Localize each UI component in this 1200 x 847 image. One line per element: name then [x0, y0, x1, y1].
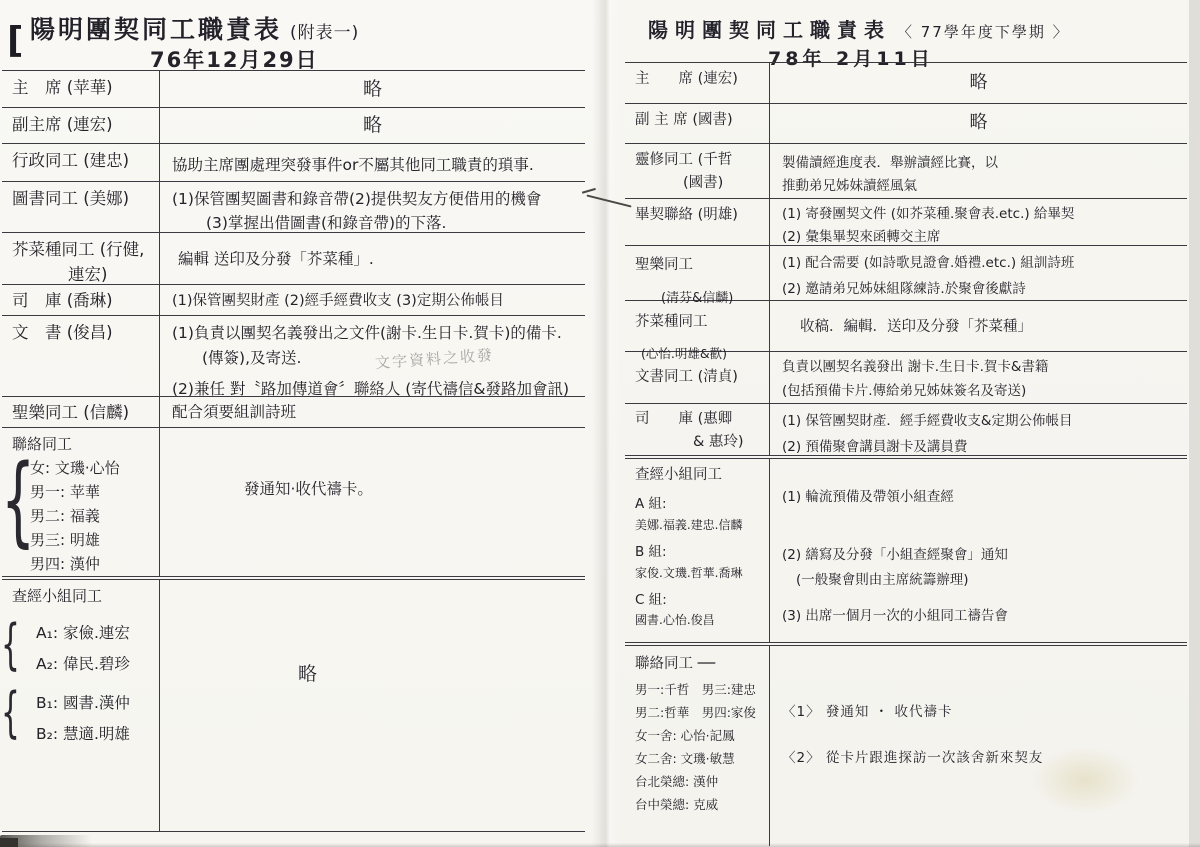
duty-cell: 〈1〉 發通知 ・ 收代禱卡 〈2〉 從卡片跟進探訪一次該舍新來契友: [770, 646, 1187, 846]
duty-text: 配合須要組訓詩班: [172, 401, 581, 424]
duty-text: 〈1〉 發通知 ・ 收代禱卡: [782, 702, 1183, 724]
table-row: 主 席 (連宏) 略: [625, 63, 1187, 104]
paper-stain: [1030, 745, 1140, 815]
table-row: { 聯絡同工 女: 文璣·心怡 男一: 苹華 男二: 福義 男三: 明雄 男四:…: [2, 428, 585, 580]
role-text: 文書同工 (清貞): [635, 366, 767, 389]
role-cell: 副主席 (連宏): [2, 108, 160, 143]
table-row: 主 席 (苹華) 略: [2, 71, 585, 108]
role-text: 女二舍: 文璣·敏慧: [635, 747, 767, 770]
table-row: 靈修同工 (千哲 (國書) 製備讀經進度表．舉辦讀經比賽，以 推動弟兄姊妹讀經風…: [625, 144, 1187, 199]
role-text: 聖樂同工 (信麟): [12, 401, 157, 426]
page-fold-crease: [592, 0, 622, 847]
role-text: 女一舍: 心怡·記鳳: [635, 724, 767, 747]
role-text: 男一:千哲 男三:建忠: [635, 678, 767, 701]
role-text: (國書): [635, 172, 767, 195]
duty-cell: 略: [160, 580, 585, 831]
left-title-note: (附表一): [290, 23, 359, 43]
role-cell: { 聯絡同工 女: 文璣·心怡 男一: 苹華 男二: 福義 男三: 明雄 男四:…: [2, 428, 160, 576]
role-cell: 行政同工 (建忠): [2, 144, 160, 181]
table-row: 司 庫 (惠卿 & 惠玲) (1) 保管團契財產．經手經費收支&定期公佈帳目 (…: [625, 404, 1187, 459]
table-row: { { 查經小組同工 A₁: 家儉.連宏 A₂: 偉民.碧珍 B₁: 國書.漢仲…: [2, 580, 585, 832]
role-text: B₁: 國書.漢仲: [12, 688, 157, 719]
role-text: 司 庫 (喬琳): [12, 289, 157, 314]
table-row: 行政同工 (建忠) 協助主席團處理突發事件or不屬其他同工職責的瑣事.: [2, 144, 585, 182]
duty-text: 略: [970, 69, 988, 98]
scan-edge-bottom: [0, 843, 1200, 847]
role-text: 芥菜種同工: [635, 311, 767, 334]
duty-text: 略: [970, 109, 988, 138]
role-text: 靈修同工 (千哲: [635, 149, 767, 172]
duty-text: 負責以團契名義發出 謝卡.生日卡.賀卡&書籍: [782, 356, 1183, 380]
role-text: 台北榮總: 漢仲: [635, 770, 767, 793]
right-duty-table: 主 席 (連宏) 略 副 主 席 (國書) 略 靈修同工 (千哲 (國書) 製備…: [625, 62, 1187, 846]
role-cell: 主 席 (連宏): [625, 63, 770, 103]
scan-smudge-dark: [0, 838, 18, 847]
right-title-text: 陽明團契同工職責表: [648, 18, 891, 42]
table-row: 聖樂同工 (信麟) 配合須要組訓詩班: [2, 397, 585, 428]
role-cell: 文書同工 (清貞): [625, 352, 770, 403]
role-text: 主 席 (連宏): [635, 68, 767, 91]
duty-cell: (1) 保管團契財產．經手經費收支&定期公佈帳目 (2) 預備聚會講員謝卡及講員…: [770, 404, 1187, 455]
role-text: B 組:: [635, 542, 767, 564]
duty-cell: (1)負責以團契名義發出之文件(謝卡.生日卡.賀卡)的備卡. (傳簽),及寄送.…: [160, 316, 585, 396]
duty-cell: 略: [770, 63, 1187, 103]
duty-cell: 收稿．編輯．送印及分發「芥菜種」: [770, 301, 1187, 351]
role-text: & 惠玲): [635, 431, 767, 454]
role-text: A 組:: [635, 494, 767, 516]
table-row: 芥菜種同工 (心怡.明雄&歡) 收稿．編輯．送印及分發「芥菜種」: [625, 301, 1187, 352]
role-text: 聖樂同工: [635, 254, 767, 277]
table-row: 文書同工 (清貞) 負責以團契名義發出 謝卡.生日卡.賀卡&書籍 (包括預備卡片…: [625, 352, 1187, 404]
role-text: B₂: 慧適.明雄: [12, 719, 157, 750]
right-page-title: 陽明團契同工職責表〈 77學年度下學期 〉: [648, 14, 1070, 43]
duty-cell: 略: [160, 71, 585, 107]
duty-cell: (1) 輪流預備及帶領小組查經 (2) 繕寫及分發「小組查經聚會」通知 (一般聚…: [770, 459, 1187, 642]
role-cell: 查經小組同工 A 組: 美娜.福義.建忠.信麟 B 組: 家俊.文璣.哲華.喬琳…: [625, 459, 770, 642]
duty-cell: 配合須要組訓詩班: [160, 397, 585, 427]
duty-cell: (1)保管團契財產 (2)經手經費收支 (3)定期公佈帳目: [160, 285, 585, 315]
left-duty-table: 主 席 (苹華) 略 副主席 (連宏) 略 行政同工 (建忠) 協助主席團處理突…: [2, 70, 585, 832]
role-text: 副主席 (連宏): [12, 113, 157, 138]
table-row: 文 書 (俊昌) (1)負責以團契名義發出之文件(謝卡.生日卡.賀卡)的備卡. …: [2, 316, 585, 397]
role-text: 連宏): [12, 263, 157, 288]
role-text: 副 主 席 (國書): [635, 109, 767, 132]
role-text: 圖書同工 (美娜): [12, 187, 157, 212]
role-cell: 主 席 (苹華): [2, 71, 160, 107]
duty-text: 製備讀經進度表．舉辦讀經比賽，以: [782, 152, 1183, 175]
duty-text: (1)保管團契財產 (2)經手經費收支 (3)定期公佈帳目: [172, 291, 581, 313]
table-row: 畢契聯絡 (明雄) (1) 寄發團契文件 (如芥菜種.聚會表.etc.) 給畢契…: [625, 199, 1187, 246]
left-page-title: 陽明團契同工職責表(附表一): [30, 10, 359, 46]
scan-edge-right: [1189, 0, 1200, 847]
duty-text: (包括預備卡片.傳給弟兄姊妹簽名及寄送): [782, 380, 1183, 404]
role-text: 男二:哲華 男四:家俊: [635, 701, 767, 724]
duty-cell: 協助主席團處理突發事件or不屬其他同工職責的瑣事.: [160, 144, 585, 181]
brace-mark: {: [1, 452, 35, 550]
role-text: 國書.心怡.俊昌: [635, 611, 767, 630]
role-cell: 畢契聯絡 (明雄): [625, 199, 770, 245]
table-row: 副主席 (連宏) 略: [2, 108, 585, 144]
role-text: A₁: 家儉.連宏: [12, 618, 157, 649]
duty-text: 協助主席團處理突發事件or不屬其他同工職責的瑣事.: [172, 154, 581, 177]
role-cell: 靈修同工 (千哲 (國書): [625, 144, 770, 198]
duty-text: (3) 出席一個月一次的小組同工禱告會: [782, 606, 1183, 628]
role-text: 美娜.福義.建忠.信麟: [635, 516, 767, 535]
role-text: C 組:: [635, 590, 767, 612]
role-text: 台中榮總: 克威: [635, 793, 767, 816]
role-text: 主 席 (苹華): [12, 76, 157, 101]
role-text: 文 書 (俊昌): [12, 321, 157, 346]
duty-text: (3)掌握出借圖書(和錄音帶)的下落.: [172, 211, 581, 235]
table-row: 司 庫 (喬琳) (1)保管團契財產 (2)經手經費收支 (3)定期公佈帳目: [2, 285, 585, 316]
role-text: 聯絡同工 ──: [635, 651, 767, 678]
duty-text: (1) 寄發團契文件 (如芥菜種.聚會表.etc.) 給畢契: [782, 203, 1183, 226]
role-text: 查經小組同工: [635, 464, 767, 487]
duty-cell: (1) 寄發團契文件 (如芥菜種.聚會表.etc.) 給畢契 (2) 彙集畢契來…: [770, 199, 1187, 245]
duty-cell: 負責以團契名義發出 謝卡.生日卡.賀卡&書籍 (包括預備卡片.傳給弟兄姊妹簽名及…: [770, 352, 1187, 403]
duty-cell: 編輯 送印及分發「芥菜種」.: [160, 233, 585, 284]
role-text: A₂: 偉民.碧珍: [12, 649, 157, 680]
duty-cell: 略: [770, 104, 1187, 143]
duty-cell: (1) 配合需要 (如詩歌見證會.婚禮.etc.) 組訓詩班 (2) 邀請弟兄姊…: [770, 246, 1187, 300]
role-cell: 聖樂同工 (信麟): [2, 397, 160, 427]
right-title-note: 〈 77學年度下學期 〉: [897, 23, 1070, 41]
table-row: 圖書同工 (美娜) (1)保管團契圖書和錄音帶(2)提供契友方便借用的機會 (3…: [2, 182, 585, 233]
duty-cell: (1)保管團契圖書和錄音帶(2)提供契友方便借用的機會 (3)掌握出借圖書(和錄…: [160, 182, 585, 232]
duty-text: (1) 保管團契財產．經手經費收支&定期公佈帳目: [782, 409, 1183, 435]
duty-text: 略: [363, 111, 382, 140]
role-cell: 司 庫 (喬琳): [2, 285, 160, 315]
duty-text: 推動弟兄姊妹讀經風氣: [782, 175, 1183, 198]
duty-text: (2) 繕寫及分發「小組查經聚會」通知: [782, 545, 1183, 567]
role-cell: 芥菜種同工 (心怡.明雄&歡): [625, 301, 770, 351]
duty-text: (1)保管團契圖書和錄音帶(2)提供契友方便借用的機會: [172, 187, 581, 211]
role-text: 家俊.文璣.哲華.喬琳: [635, 564, 767, 583]
role-cell: 圖書同工 (美娜): [2, 182, 160, 232]
role-text: 芥菜種同工 (行健,: [12, 238, 157, 263]
duty-text: (2) 邀請弟兄姊妹組隊練詩.於聚會後獻詩: [782, 277, 1183, 303]
role-text: 畢契聯絡 (明雄): [635, 204, 767, 227]
duty-text: (1)負責以團契名義發出之文件(謝卡.生日卡.賀卡)的備卡.: [172, 321, 581, 346]
duty-text: 發通知·收代禱卡。: [244, 478, 585, 501]
right-page: 陽明團契同工職責表〈 77學年度下學期 〉 78年 2月11日 主 席 (連宏)…: [600, 0, 1200, 847]
duty-text: (2) 預備聚會講員謝卡及講員費: [782, 435, 1183, 461]
table-row: 聖樂同工 (清芬&信麟) (1) 配合需要 (如詩歌見證會.婚禮.etc.) 組…: [625, 246, 1187, 301]
table-row: 芥菜種同工 (行健, 連宏) 編輯 送印及分發「芥菜種」.: [2, 233, 585, 285]
brace-mark: {: [1, 686, 20, 740]
left-title-text: 陽明團契同工職責表: [30, 15, 282, 44]
duty-text: 略: [298, 660, 585, 689]
table-row: 查經小組同工 A 組: 美娜.福義.建忠.信麟 B 組: 家俊.文璣.哲華.喬琳…: [625, 459, 1187, 646]
role-cell: 副 主 席 (國書): [625, 104, 770, 143]
role-cell: 文 書 (俊昌): [2, 316, 160, 396]
pen-corner-bracket: [: [7, 20, 23, 61]
role-cell: 司 庫 (惠卿 & 惠玲): [625, 404, 770, 455]
role-text: 查經小組同工: [12, 585, 157, 608]
role-cell: 芥菜種同工 (行健, 連宏): [2, 233, 160, 284]
table-row: 副 主 席 (國書) 略: [625, 104, 1187, 144]
duty-text: (1) 輪流預備及帶領小組查經: [782, 487, 1183, 509]
duty-text: 略: [363, 75, 382, 104]
role-text: 行政同工 (建忠): [12, 149, 157, 174]
role-cell: 聯絡同工 ── 男一:千哲 男三:建忠 男二:哲華 男四:家俊 女一舍: 心怡·…: [625, 646, 770, 846]
duty-cell: 製備讀經進度表．舉辦讀經比賽，以 推動弟兄姊妹讀經風氣: [770, 144, 1187, 198]
duty-cell: 略: [160, 108, 585, 143]
role-cell: { { 查經小組同工 A₁: 家儉.連宏 A₂: 偉民.碧珍 B₁: 國書.漢仲…: [2, 580, 160, 831]
duty-text: 收稿．編輯．送印及分發「芥菜種」: [800, 316, 1183, 339]
duty-text: (1) 配合需要 (如詩歌見證會.婚禮.etc.) 組訓詩班: [782, 251, 1183, 277]
left-page: [ 陽明團契同工職責表(附表一) 76年12月29日 主 席 (苹華) 略 副主…: [0, 0, 600, 847]
duty-text: 編輯 送印及分發「芥菜種」.: [178, 248, 581, 271]
duty-text: (一般聚會則由主席統籌辦理): [782, 570, 1183, 592]
role-cell: 聖樂同工 (清芬&信麟): [625, 246, 770, 300]
brace-mark: {: [1, 618, 20, 672]
role-text: 司 庫 (惠卿: [635, 408, 767, 431]
duty-cell: 發通知·收代禱卡。: [160, 428, 585, 576]
